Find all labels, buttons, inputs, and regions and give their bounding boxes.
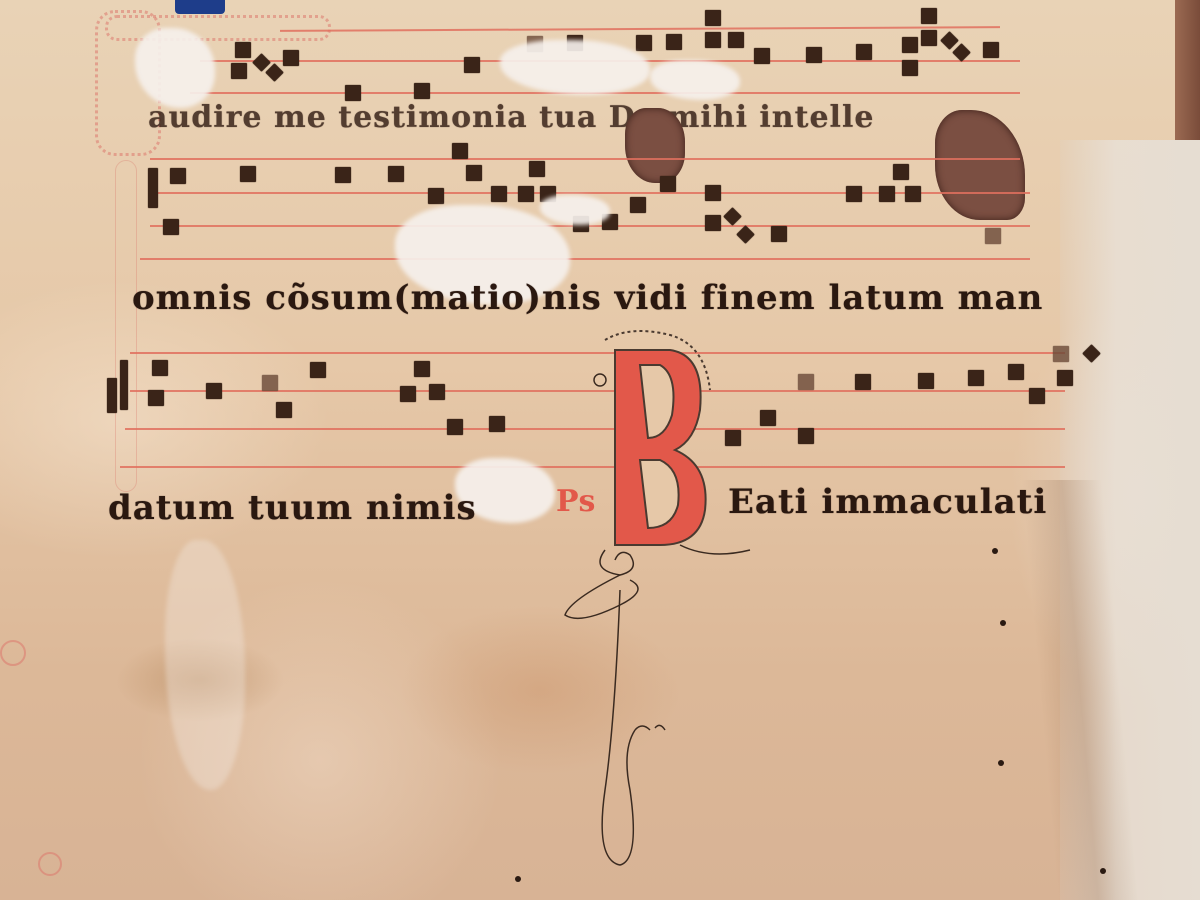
red-border-ornament-left — [115, 160, 137, 492]
pin-hole — [515, 876, 521, 882]
pin-hole — [1100, 868, 1106, 874]
lyric-line-2: omnis cõsum(matio)nis vidi finem latum m… — [132, 278, 1043, 318]
decorated-initial-B — [560, 320, 760, 880]
background-wood-edge — [1175, 0, 1200, 140]
parchment-hole — [625, 108, 685, 183]
psalm-rubric-sign: Ps — [556, 484, 595, 519]
lyric-line-1: audire me testimonia tua Da mihi intelle — [148, 100, 874, 135]
pin-hole — [998, 760, 1004, 766]
lyric-line-3: datum tuum nimis — [108, 488, 477, 528]
red-border-ornament-top — [105, 15, 331, 41]
pin-hole — [992, 548, 998, 554]
red-spiral-ornament-bottom — [38, 852, 62, 876]
lyric-line-3-continuation: Eati immaculati — [728, 482, 1047, 522]
pin-hole — [1000, 620, 1006, 626]
blue-ornament — [175, 0, 225, 14]
red-spiral-ornament — [0, 640, 26, 666]
